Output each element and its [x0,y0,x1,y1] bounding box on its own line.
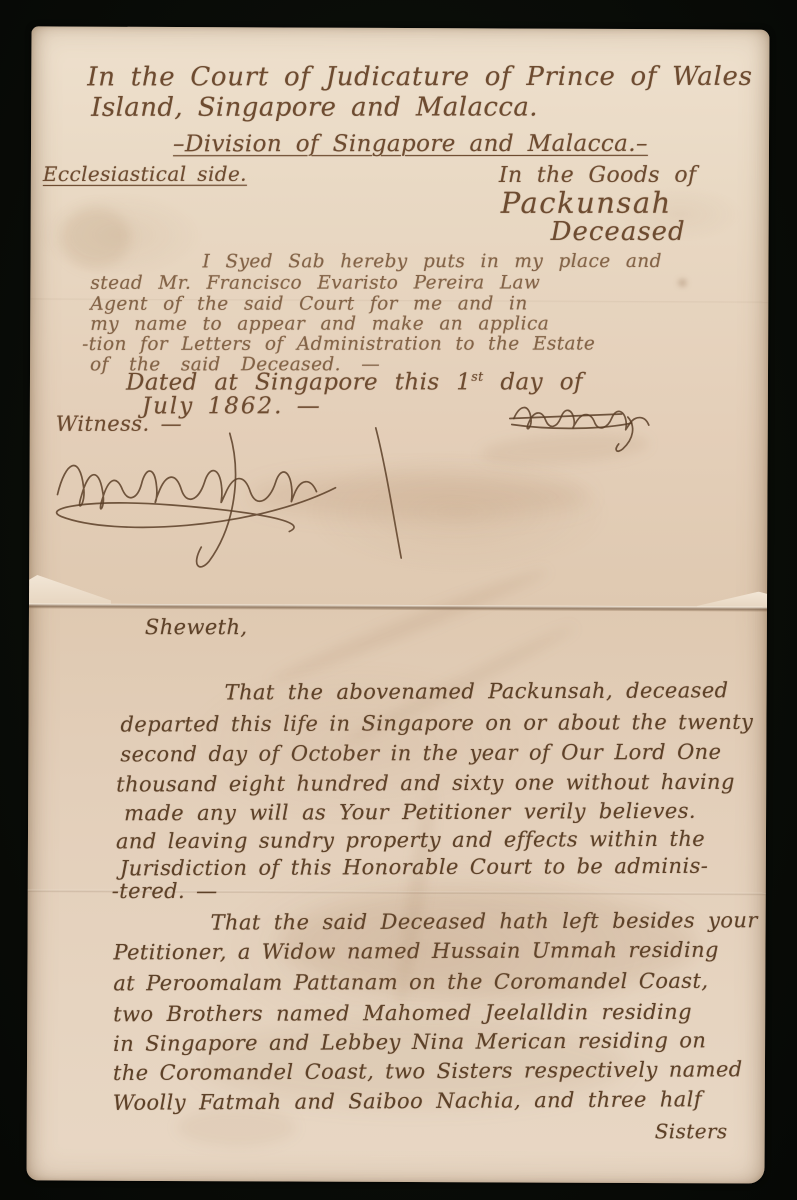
appointment-line: stead Mr. Francisco Evaristo Pereira Law [90,273,540,293]
petition-line: in Singapore and Lebbey Nina Merican res… [113,1029,706,1055]
fold-flap-right [697,591,767,607]
petition-line: Jurisdiction of this Honorable Court to … [120,855,708,880]
stain [678,279,686,286]
ecclesiastical-side-note: Ecclesiastical side. [43,164,247,185]
petition-line: two Brothers named Mahomed Jeelalldin re… [113,1001,692,1026]
deceased-name: Packunsah [501,188,672,219]
page-background: { "colors": { "background": "#0a0d08", "… [0,0,797,1200]
dated-line-text: Dated at Singapore this 1 [126,369,471,395]
stain [60,207,130,269]
petition-line: That the said Deceased hath left besides… [211,909,758,933]
deceased-label: Deceased [551,219,686,246]
witness-signature-scribble [43,424,444,581]
court-title-line2: Island, Singapore and Malacca. [91,94,538,122]
catchword-sisters: Sisters [655,1121,728,1142]
petition-line: second day of October in the year of Our… [120,741,721,766]
division-line: –Division of Singapore and Malacca.– [173,132,648,157]
petition-line: thousand eight hundred and sixty one wit… [116,771,735,796]
appointment-line: I Syed Sab hereby puts in my place and [202,252,661,272]
petition-line: the Coromandel Coast, two Sisters respec… [113,1058,743,1084]
sheweth-label: Sheweth, [145,616,248,638]
petition-line: -tered. — [112,880,218,902]
court-title-line1: In the Court of Judicature of Prince of … [87,64,752,92]
petition-line: and leaving sundry property and effects … [116,828,705,853]
petition-line: That the abovenamed Packunsah, deceased [225,679,729,703]
manuscript-paper: In the Court of Judicature of Prince of … [26,26,769,1183]
petition-line: Petitioner, a Widow named Hussain Ummah … [113,939,718,964]
party-signature-scribble [500,388,675,464]
petition-line: Woolly Fatmah and Saiboo Nachia, and thr… [113,1088,702,1114]
dated-superscript: st [471,369,483,384]
petition-line: at Peroomalam Pattanam on the Coromandel… [113,970,708,995]
petition-line: made any will as Your Petitioner verily … [124,800,696,825]
stain [267,563,552,689]
fold-crease-main [29,603,767,611]
appointment-line: Agent of the said Court for me and in [90,294,527,314]
appointment-line: my name to appear and make an applica [90,314,549,334]
petition-line: departed this life in Singapore on or ab… [120,711,753,736]
appointment-line: -tion for Letters of Administration to t… [82,335,595,355]
in-the-goods-of-line: In the Goods of [499,164,697,187]
